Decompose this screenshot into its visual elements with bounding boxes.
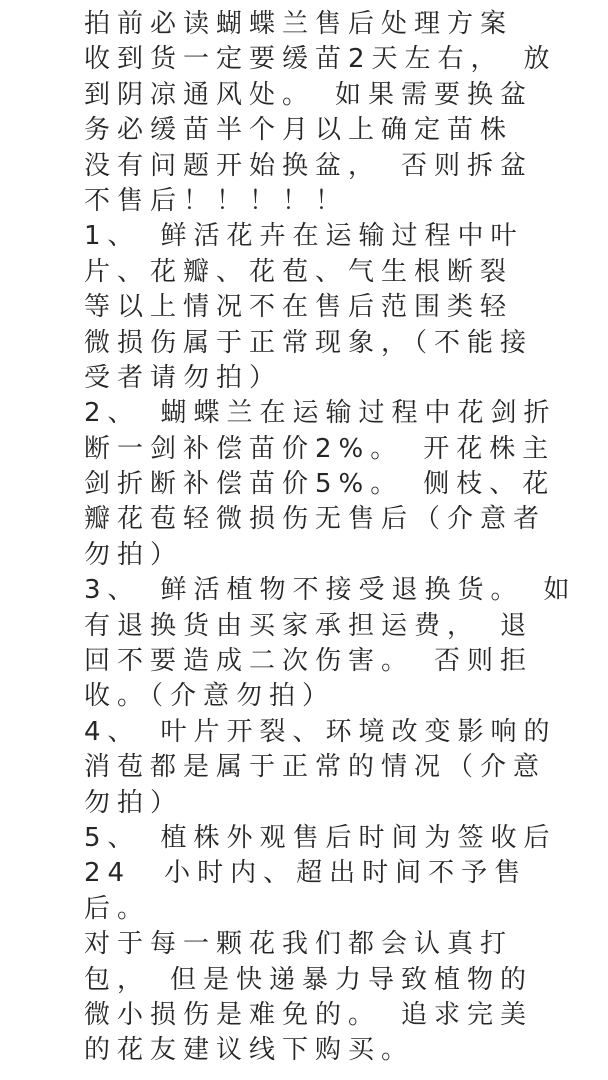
notice-line: 勿拍） [84,538,590,573]
notice-line: 到阴凉通风处。 如果需要换盆 [84,78,590,113]
notice-line: 片、花瓣、花苞、气生根断裂 [84,255,590,290]
notice-line: 收。（介意勿拍） [84,679,590,714]
notice-title-line: 拍前必读蝴蝶兰售后处理方案 [84,7,590,42]
notice-footer-line: 的花友建议线下购买。 [84,1033,590,1068]
notice-clause-3-line: 3、 鲜活植物不接受退换货。 如 [84,573,590,608]
notice-line: 有退换货由买家承担运费， 退 [84,609,590,644]
notice-line: 瓣花苞轻微损伤无售后（介意者 [84,502,590,537]
notice-line: 等以上情况不在售后范围类轻 [84,290,590,325]
notice-footer-line: 包， 但是快递暴力导致植物的 [84,963,590,998]
notice-line: 没有问题开始换盆， 否则拆盆 [84,149,590,184]
notice-line: 剑折断补偿苗价5%。 侧枝、花 [84,467,590,502]
notice-line: 收到货一定要缓苗2天左右， 放 [84,42,590,77]
notice-footer-line: 对于每一颗花我们都会认真打 [84,927,590,962]
notice-line: 回不要造成二次伤害。 否则拒 [84,644,590,679]
notice-line: 断一剑补偿苗价2%。 开花株主 [84,432,590,467]
notice-line: 24 小时内、超出时间不予售 [84,856,590,891]
notice-line: 微损伤属于正常现象，（不能接 [84,326,590,361]
notice-clause-4-line: 4、 叶片开裂、环境改变影响的 [84,715,590,750]
notice-line: 勿拍） [84,786,590,821]
notice-line: 务必缓苗半个月以上确定苗株 [84,113,590,148]
notice-clause-2-line: 2、 蝴蝶兰在运输过程中花剑折 [84,396,590,431]
after-sales-notice-document: 拍前必读蝴蝶兰售后处理方案 收到货一定要缓苗2天左右， 放 到阴凉通风处。 如果… [0,0,608,1080]
notice-footer-line: 微小损伤是难免的。 追求完美 [84,998,590,1033]
notice-clause-1-line: 1、 鲜活花卉在运输过程中叶 [84,219,590,254]
notice-line: 不售后！！！！！ [84,184,590,219]
notice-line: 消苞都是属于正常的情况（介意 [84,750,590,785]
notice-line: 后。 [84,892,590,927]
notice-line: 受者请勿拍） [84,361,590,396]
notice-clause-5-line: 5、 植株外观售后时间为签收后 [84,821,590,856]
